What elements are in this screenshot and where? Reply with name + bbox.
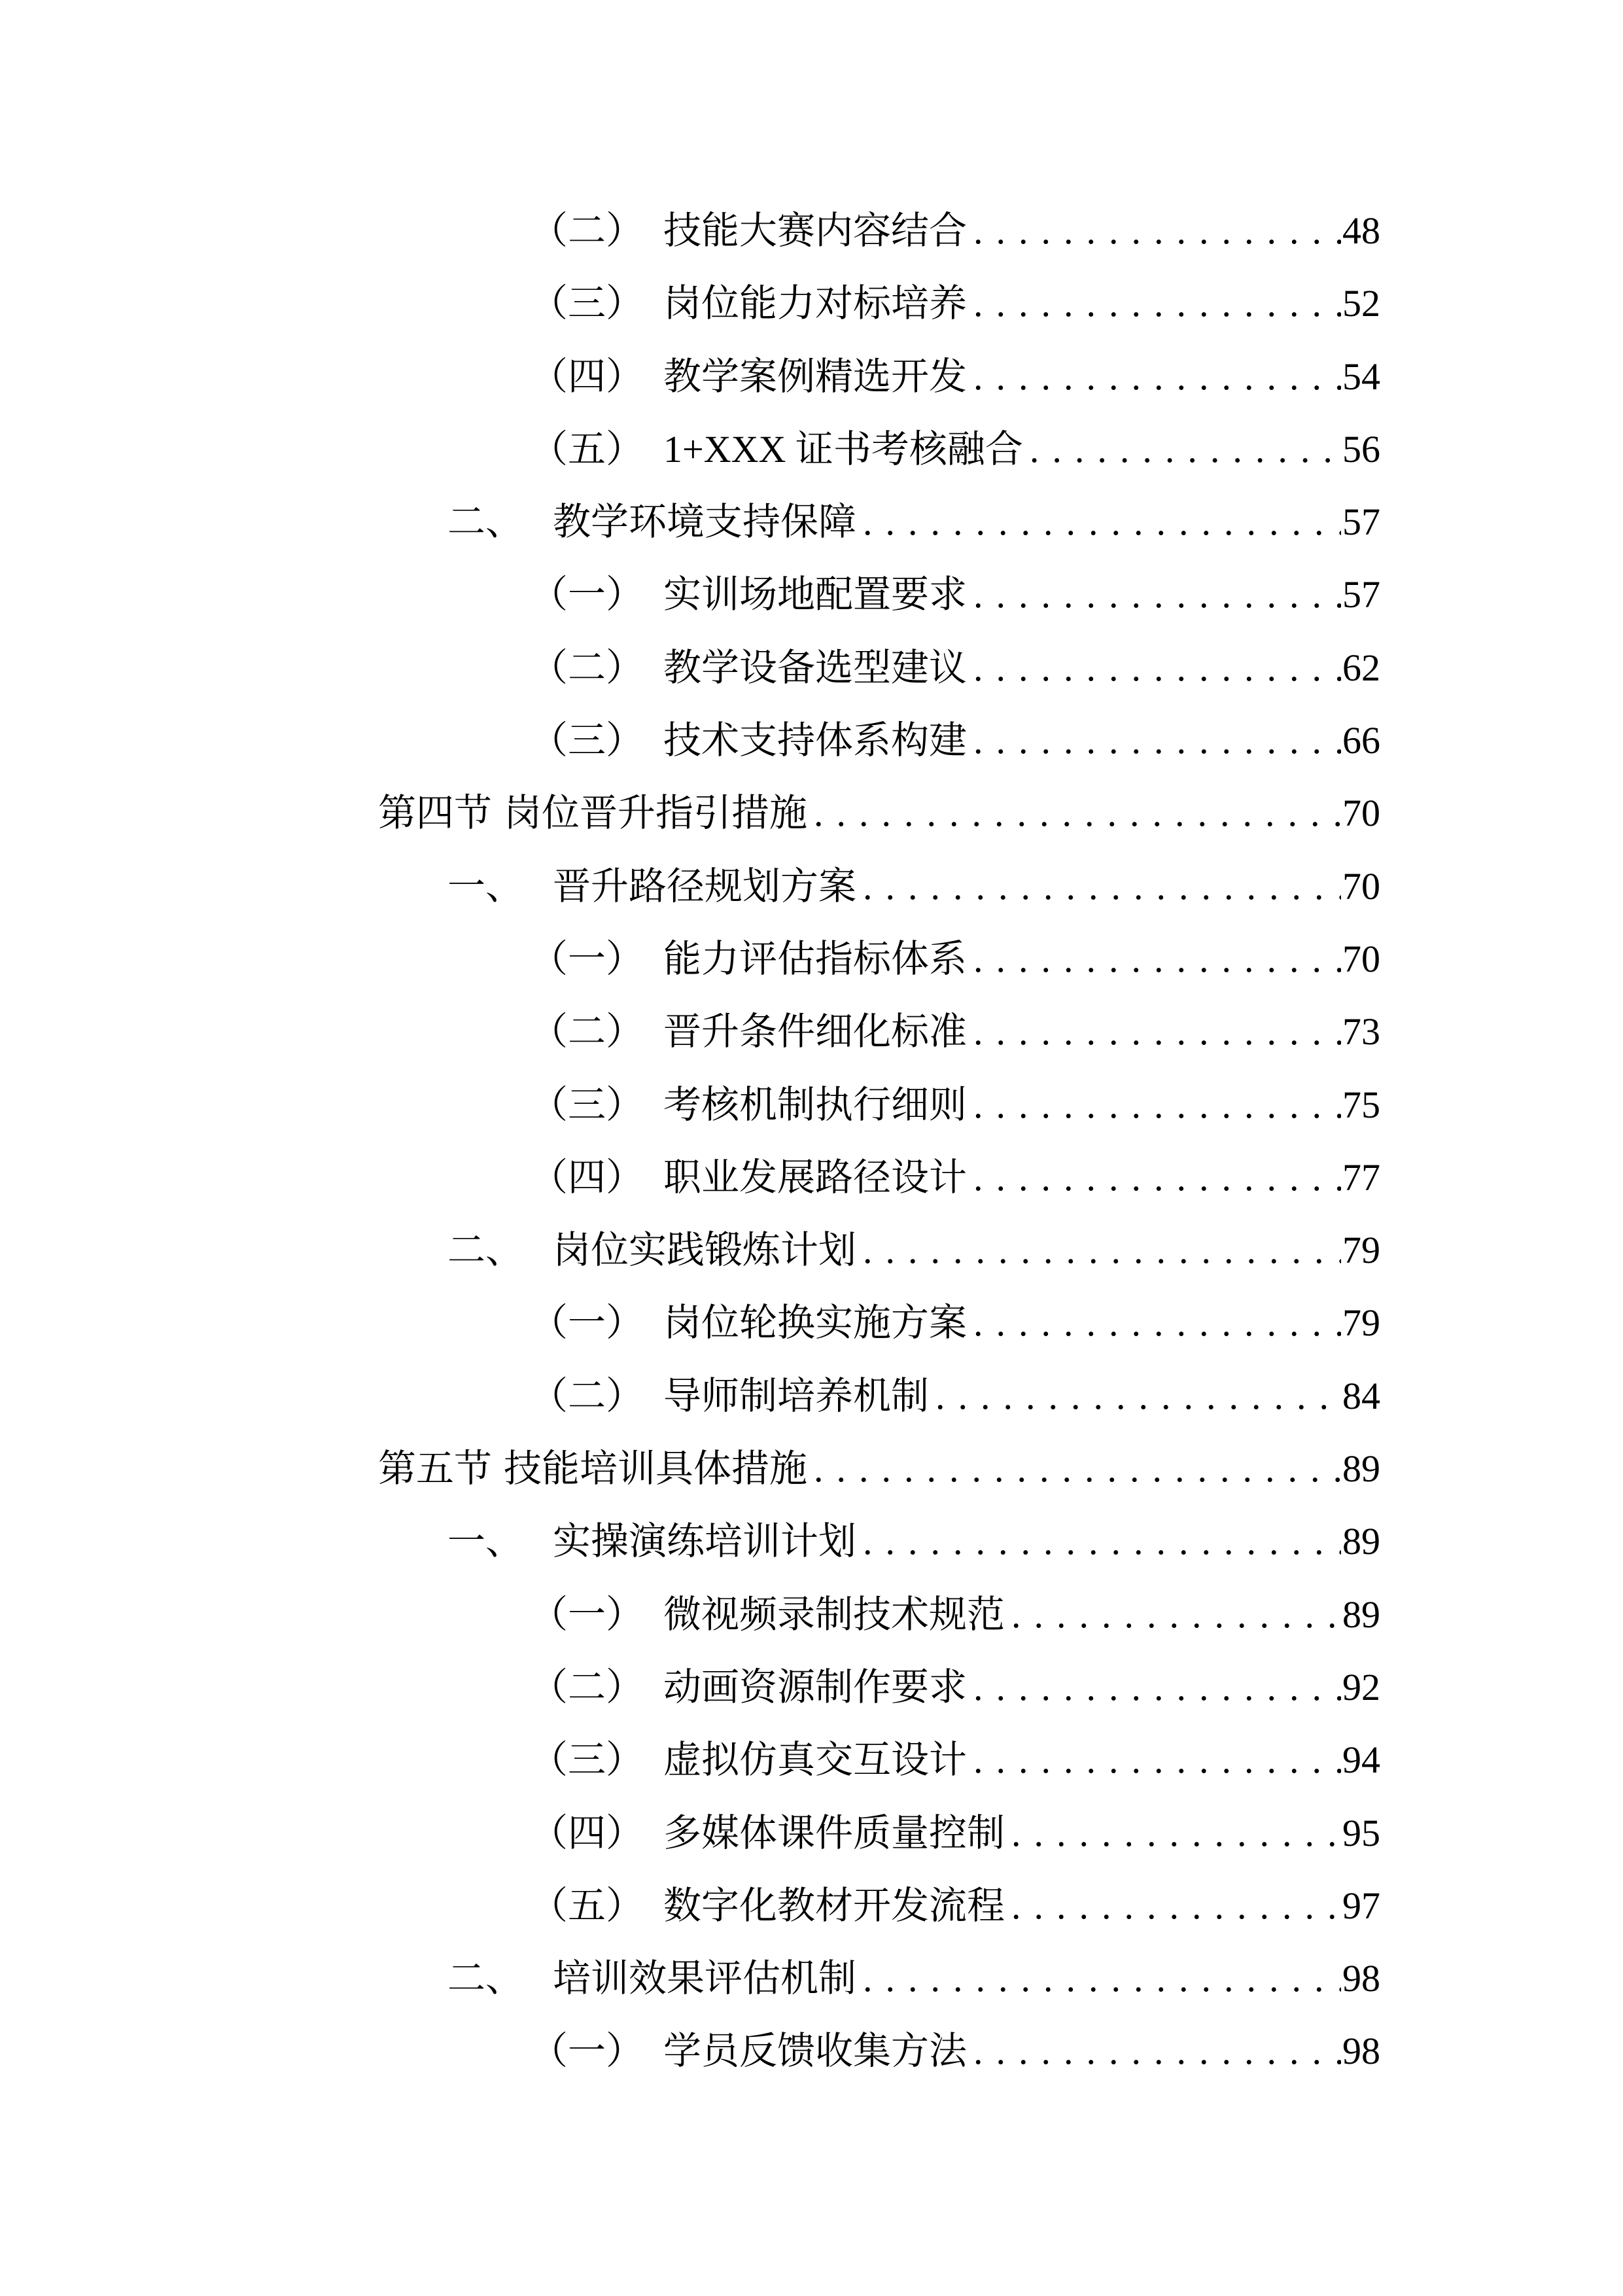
toc-entry-number: 二、 (447, 1942, 523, 2015)
toc-entry-number: 一、 (447, 1505, 523, 1578)
toc-entry-page: 84 (1342, 1360, 1380, 1432)
toc-entry-title: 教学案例精选开发 (663, 340, 967, 413)
dot-leader: ........................................… (863, 1214, 1341, 1286)
toc-entry[interactable]: （四） 多媒体课件质量控制 ..........................… (0, 1797, 1623, 1869)
toc-entry-page: 73 (1342, 995, 1380, 1068)
toc-entry[interactable]: 一、 晋升路径规划方案 ............................… (0, 850, 1623, 923)
toc-entry[interactable]: （二） 教学设备选型建议 ...........................… (0, 631, 1623, 704)
toc-entry-page: 66 (1342, 704, 1380, 777)
dot-leader: ........................................… (973, 1723, 1341, 1796)
toc-entry-number: 第五节 (378, 1432, 492, 1505)
dot-leader: ........................................… (973, 1141, 1341, 1214)
toc-entry-title: 岗位能力对标培养 (663, 267, 967, 340)
dot-leader: ........................................… (1011, 1869, 1341, 1942)
toc-entry-page: 89 (1342, 1578, 1380, 1651)
dot-leader: ........................................… (973, 2015, 1341, 2087)
toc-entry-number: （四） (530, 1141, 644, 1214)
toc-entry-title: 学员反馈收集方法 (663, 2015, 967, 2087)
dot-leader: ........................................… (973, 1651, 1341, 1723)
toc-entry-title: 培训效果评估机制 (553, 1942, 856, 2015)
dot-leader: ........................................… (863, 850, 1341, 923)
toc-entry-page: 70 (1342, 777, 1380, 849)
toc-entry-title: 1+XXX 证书考核融合 (663, 413, 1023, 486)
toc-entry-page: 75 (1342, 1069, 1380, 1141)
toc-entry[interactable]: 第五节 技能培训具体措施 ...........................… (0, 1432, 1623, 1505)
dot-leader: ........................................… (973, 631, 1341, 704)
toc-entry-number: （二） (530, 631, 644, 704)
dot-leader: ........................................… (973, 1069, 1341, 1141)
dot-leader: ........................................… (973, 923, 1341, 995)
toc-entry[interactable]: （三） 考核机制执行细则 ...........................… (0, 1069, 1623, 1141)
toc-entry[interactable]: （一） 实训场地配置要求 ...........................… (0, 558, 1623, 631)
toc-entry[interactable]: 二、 教学环境支持保障 ............................… (0, 486, 1623, 558)
toc-entry-title: 岗位晋升指引措施 (504, 777, 807, 849)
toc-entry[interactable]: （二） 动画资源制作要求 ...........................… (0, 1651, 1623, 1723)
toc-entry-number: （二） (530, 194, 644, 267)
toc-entry-page: 79 (1342, 1214, 1380, 1286)
toc-entry-number: （三） (530, 1069, 644, 1141)
toc-entry-number: （二） (530, 1651, 644, 1723)
toc-entry-number: 二、 (447, 486, 523, 558)
toc-entry-title: 虚拟仿真交互设计 (663, 1723, 967, 1796)
toc-page: （二） 技能大赛内容结合 ...........................… (0, 0, 1623, 2296)
dot-leader: ........................................… (973, 995, 1341, 1068)
dot-leader: ........................................… (863, 1942, 1341, 2015)
toc-entry-title: 导师制培养机制 (663, 1360, 929, 1432)
toc-entry[interactable]: （四） 职业发展路径设计 ...........................… (0, 1141, 1623, 1214)
dot-leader: ........................................… (1011, 1797, 1341, 1869)
toc-entry-page: 89 (1342, 1505, 1380, 1578)
toc-entry-title: 晋升路径规划方案 (553, 850, 856, 923)
toc-entry-number: 一、 (447, 850, 523, 923)
toc-entry-page: 94 (1342, 1723, 1380, 1796)
dot-leader: ........................................… (935, 1360, 1341, 1432)
toc-entry-number: （三） (530, 1723, 644, 1796)
toc-entry-number: （一） (530, 923, 644, 995)
toc-entry-title: 技能培训具体措施 (504, 1432, 807, 1505)
toc-entry-title: 微视频录制技术规范 (663, 1578, 1005, 1651)
toc-entry-page: 70 (1342, 923, 1380, 995)
dot-leader: ........................................… (814, 777, 1341, 849)
dot-leader: ........................................… (973, 704, 1341, 777)
toc-entry-title: 数字化教材开发流程 (663, 1869, 1005, 1942)
toc-entry-number: （二） (530, 995, 644, 1068)
toc-entry-page: 57 (1342, 486, 1380, 558)
toc-entry-page: 54 (1342, 340, 1380, 413)
dot-leader: ........................................… (973, 194, 1341, 267)
dot-leader: ........................................… (863, 486, 1341, 558)
toc-entry-number: （一） (530, 1286, 644, 1359)
toc-entry-title: 实操演练培训计划 (553, 1505, 856, 1578)
dot-leader: ........................................… (1011, 1578, 1341, 1651)
toc-entry[interactable]: （一） 能力评估指标体系 ...........................… (0, 923, 1623, 995)
dot-leader: ........................................… (973, 267, 1341, 340)
toc-entry-number: （四） (530, 1797, 644, 1869)
toc-entry-number: 第四节 (378, 777, 492, 849)
toc-entry-title: 教学环境支持保障 (553, 486, 856, 558)
toc-entry[interactable]: （五） 数字化教材开发流程 ..........................… (0, 1869, 1623, 1942)
toc-entry[interactable]: （三） 虚拟仿真交互设计 ...........................… (0, 1723, 1623, 1796)
toc-entry-title: 晋升条件细化标准 (663, 995, 967, 1068)
toc-entry-title: 能力评估指标体系 (663, 923, 967, 995)
toc-entry-title: 实训场地配置要求 (663, 558, 967, 631)
toc-entry-number: （二） (530, 1360, 644, 1432)
toc-entry[interactable]: （五） 1+XXX 证书考核融合 .......................… (0, 413, 1623, 486)
toc-entry[interactable]: （一） 岗位轮换实施方案 ...........................… (0, 1286, 1623, 1359)
toc-entry[interactable]: （三） 技术支持体系构建 ...........................… (0, 704, 1623, 777)
toc-entry-number: （五） (530, 1869, 644, 1942)
toc-entry[interactable]: （一） 学员反馈收集方法 ...........................… (0, 2015, 1623, 2087)
toc-entry-title: 技能大赛内容结合 (663, 194, 967, 267)
toc-entry-title: 多媒体课件质量控制 (663, 1797, 1005, 1869)
toc-entry-page: 77 (1342, 1141, 1380, 1214)
dot-leader: ........................................… (863, 1505, 1341, 1578)
toc-entry-page: 92 (1342, 1651, 1380, 1723)
toc-entry-title: 岗位轮换实施方案 (663, 1286, 967, 1359)
toc-entry-page: 52 (1342, 267, 1380, 340)
toc-entry[interactable]: 二、 岗位实践锻炼计划 ............................… (0, 1214, 1623, 1286)
toc-entry-page: 79 (1342, 1286, 1380, 1359)
toc-entry[interactable]: 一、 实操演练培训计划 ............................… (0, 1505, 1623, 1578)
dot-leader: ........................................… (1030, 413, 1341, 486)
toc-entry[interactable]: （三） 岗位能力对标培养 ...........................… (0, 267, 1623, 340)
toc-entry[interactable]: 二、 培训效果评估机制 ............................… (0, 1942, 1623, 2015)
toc-entry-title: 教学设备选型建议 (663, 631, 967, 704)
toc-entry-number: （五） (530, 413, 644, 486)
toc-entry[interactable]: （四） 教学案例精选开发 ...........................… (0, 340, 1623, 413)
toc-entry-page: 89 (1342, 1432, 1380, 1505)
toc-entry-page: 70 (1342, 850, 1380, 923)
toc-entry-page: 57 (1342, 558, 1380, 631)
toc-entry[interactable]: （二） 技能大赛内容结合 ...........................… (0, 194, 1623, 267)
toc-entry-number: （一） (530, 558, 644, 631)
toc-entry-page: 62 (1342, 631, 1380, 704)
toc-entry-page: 48 (1342, 194, 1380, 267)
toc-entry-title: 动画资源制作要求 (663, 1651, 967, 1723)
toc-entry-number: （一） (530, 2015, 644, 2087)
toc-entry-title: 职业发展路径设计 (663, 1141, 967, 1214)
toc-entry-number: （一） (530, 1578, 644, 1651)
toc-entry-number: （三） (530, 267, 644, 340)
toc-entry[interactable]: 第四节 岗位晋升指引措施 ...........................… (0, 777, 1623, 849)
toc-entry-title: 考核机制执行细则 (663, 1069, 967, 1141)
toc-entry-title: 技术支持体系构建 (663, 704, 967, 777)
dot-leader: ........................................… (814, 1432, 1341, 1505)
toc-entry-number: （三） (530, 704, 644, 777)
toc-list: （二） 技能大赛内容结合 ...........................… (0, 194, 1623, 2088)
toc-entry-page: 95 (1342, 1797, 1380, 1869)
dot-leader: ........................................… (973, 340, 1341, 413)
toc-entry-page: 97 (1342, 1869, 1380, 1942)
dot-leader: ........................................… (973, 1286, 1341, 1359)
toc-entry-title: 岗位实践锻炼计划 (553, 1214, 856, 1286)
toc-entry[interactable]: （一） 微视频录制技术规范 ..........................… (0, 1578, 1623, 1651)
toc-entry-page: 56 (1342, 413, 1380, 486)
toc-entry[interactable]: （二） 晋升条件细化标准 ...........................… (0, 995, 1623, 1068)
toc-entry-number: 二、 (447, 1214, 523, 1286)
toc-entry-page: 98 (1342, 2015, 1380, 2087)
toc-entry-number: （四） (530, 340, 644, 413)
toc-entry[interactable]: （二） 导师制培养机制 ............................… (0, 1360, 1623, 1432)
toc-entry-page: 98 (1342, 1942, 1380, 2015)
dot-leader: ........................................… (973, 558, 1341, 631)
